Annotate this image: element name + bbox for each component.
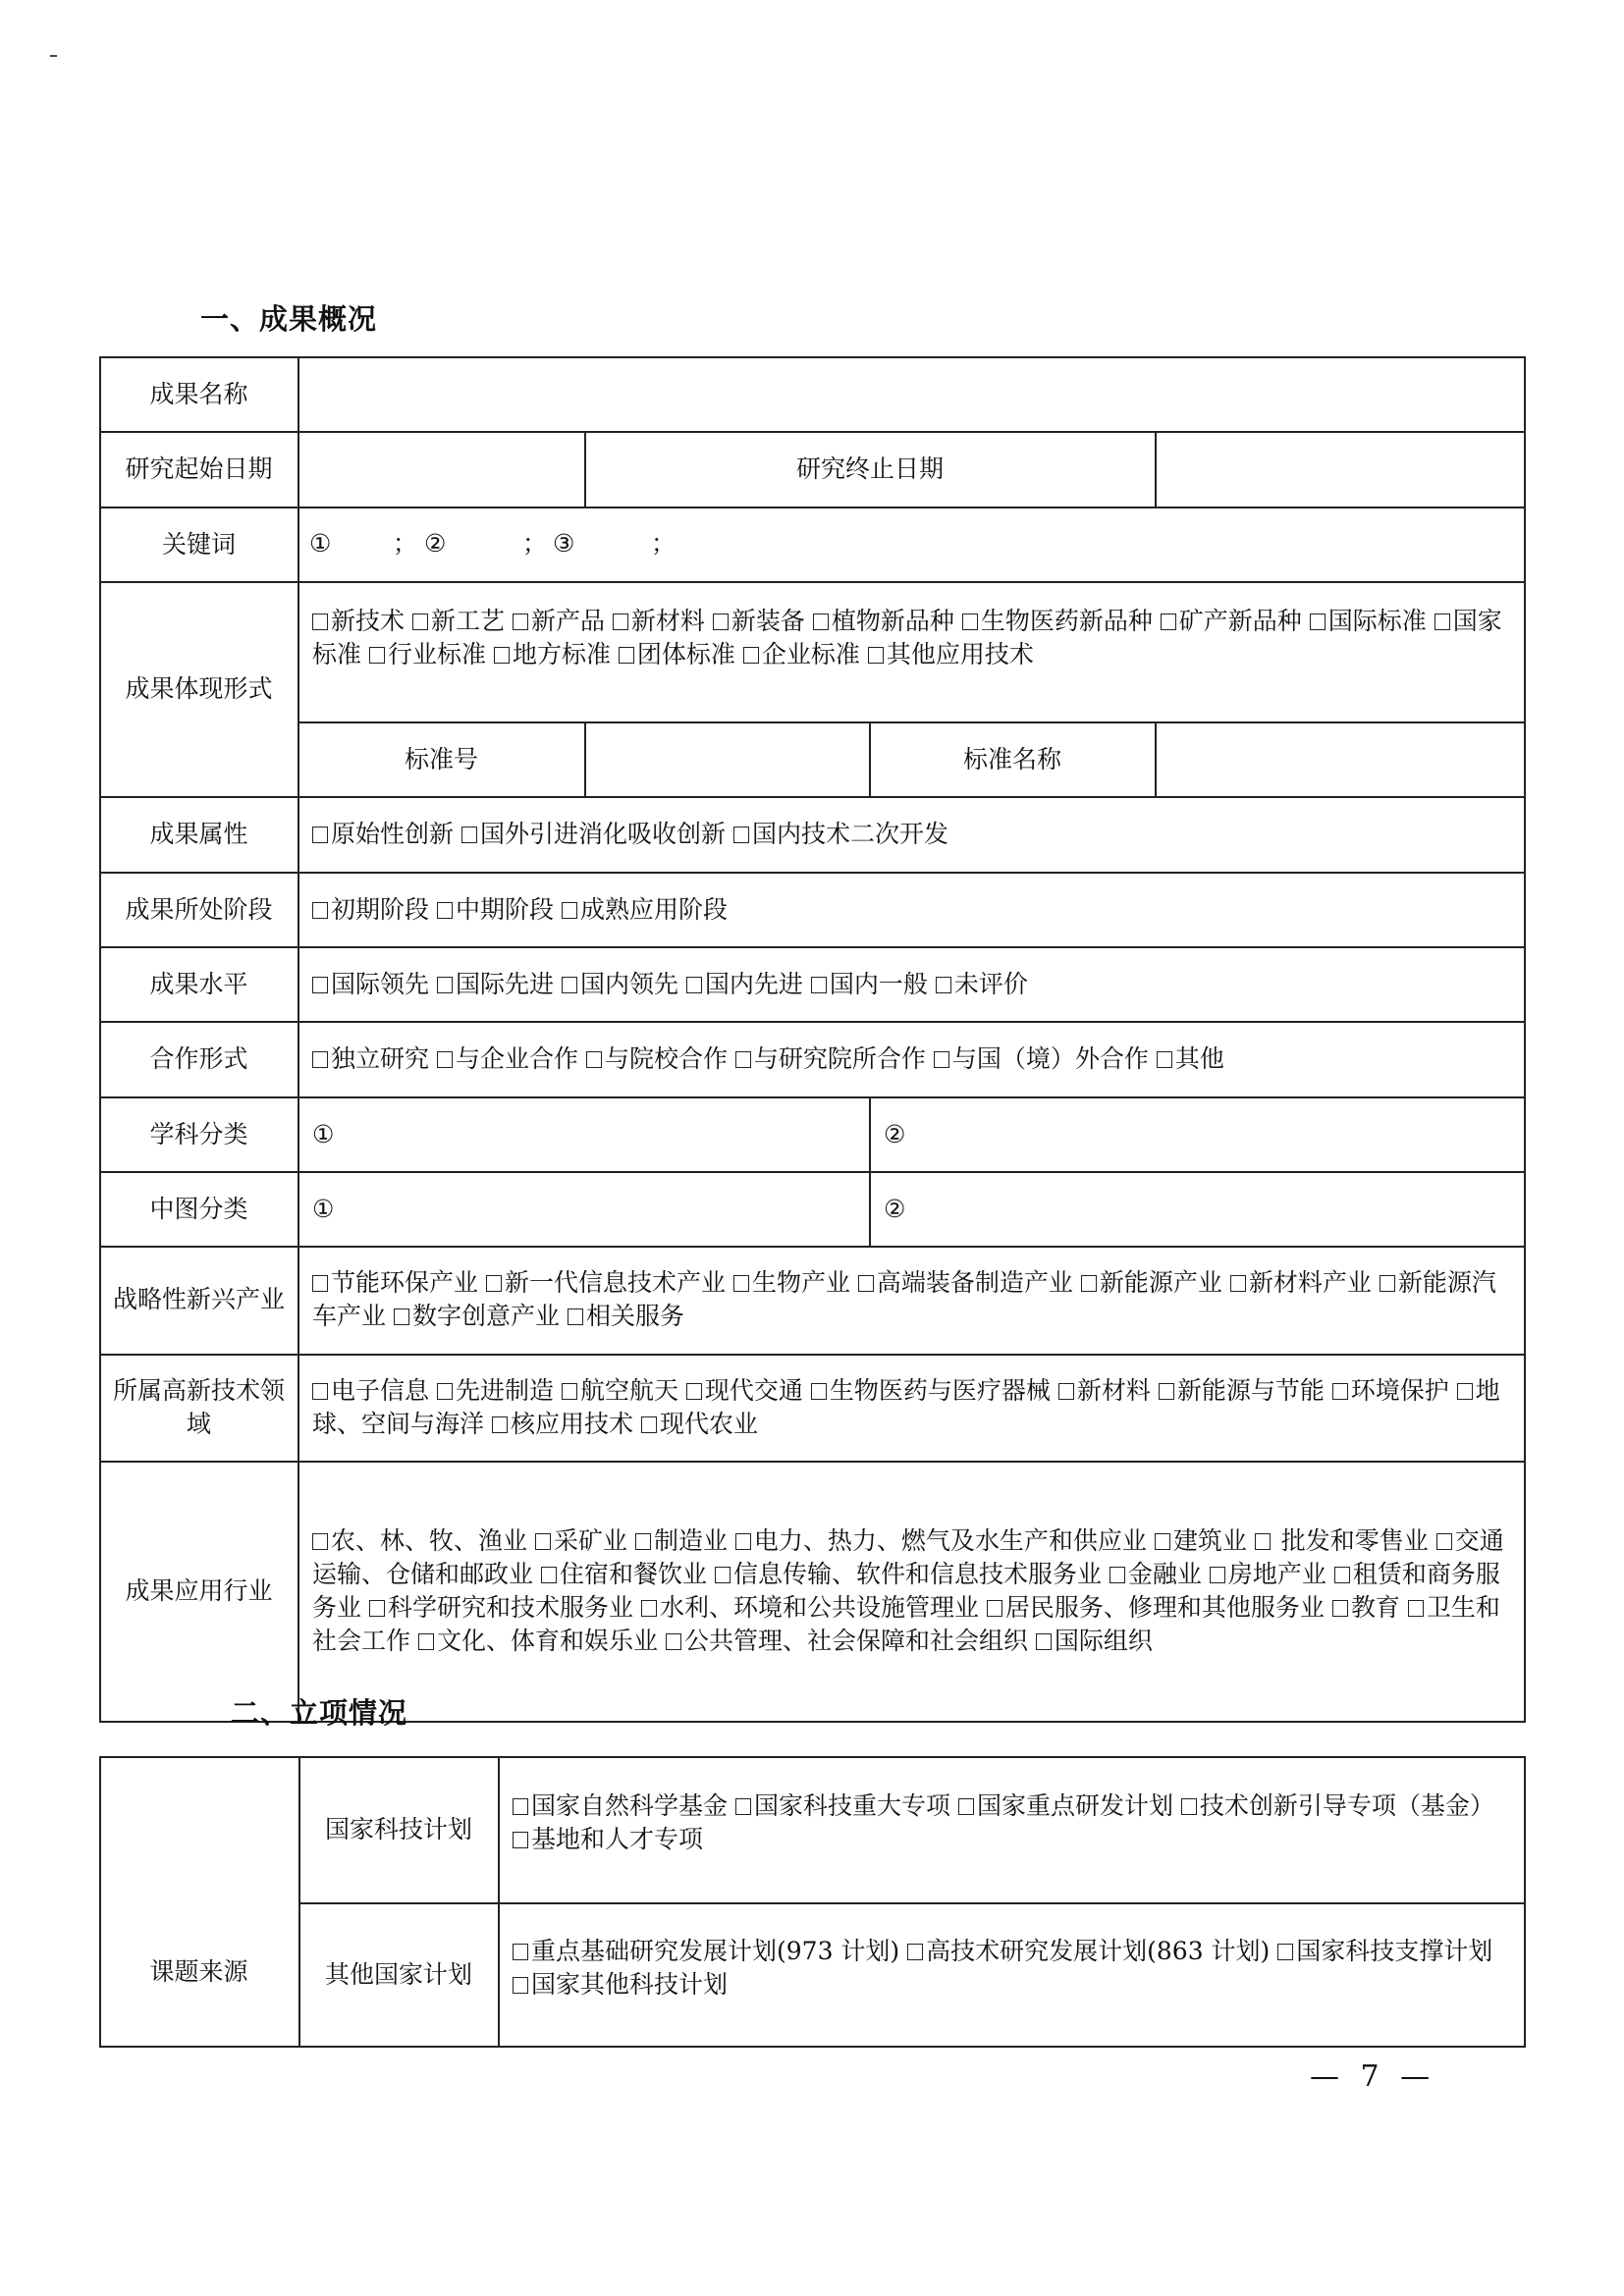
checkbox-option[interactable]: 环境保护 xyxy=(1332,1376,1449,1405)
checkbox-label: 中期阶段 xyxy=(456,895,554,924)
checkbox-icon[interactable] xyxy=(312,902,328,919)
checkbox-icon[interactable] xyxy=(437,1051,453,1068)
checkbox-option[interactable]: 相关服务 xyxy=(568,1302,684,1330)
label-clc: 中图分类 xyxy=(99,1171,298,1247)
checkbox-option[interactable]: 航空航天 xyxy=(562,1376,678,1405)
checkbox-icon[interactable] xyxy=(934,1051,949,1068)
checkbox-option[interactable]: 先进制造 xyxy=(437,1376,554,1405)
checkbox-icon[interactable] xyxy=(437,977,453,993)
label-achievement-name: 成果名称 xyxy=(99,356,298,432)
checkbox-option[interactable]: 新装备 xyxy=(713,607,805,635)
checkbox-option[interactable]: 原始性创新 xyxy=(312,820,454,848)
checkbox-label: 新工艺 xyxy=(431,607,505,635)
checkbox-option[interactable]: 文化、体育和娱乐业 xyxy=(418,1627,658,1655)
checkbox-label: 电力、热力、燃气及水生产和供应业 xyxy=(754,1526,1147,1555)
keyword-3-marker: ③ xyxy=(553,527,574,561)
checkbox-option[interactable]: 未评价 xyxy=(936,970,1028,998)
checkbox-option[interactable]: 金融业 xyxy=(1110,1560,1202,1588)
checkbox-option[interactable]: 信息传输、软件和信息技术服务业 xyxy=(715,1560,1102,1588)
checkbox-option[interactable]: 新材料产业 xyxy=(1230,1268,1372,1297)
checkbox-label: 金融业 xyxy=(1128,1560,1202,1588)
checkbox-label: 与国（境）外合作 xyxy=(952,1044,1149,1073)
checkbox-option[interactable]: 国内一般 xyxy=(811,970,928,998)
checkbox-label: 国内领先 xyxy=(580,970,678,998)
checkbox-icon[interactable] xyxy=(1230,1275,1246,1292)
checkbox-option[interactable]: 国际领先 xyxy=(312,970,429,998)
checkbox-icon[interactable] xyxy=(513,614,528,630)
checkbox-icon[interactable] xyxy=(635,1533,651,1550)
checkbox-label: 教育 xyxy=(1351,1593,1400,1622)
checkbox-icon[interactable] xyxy=(461,827,477,843)
checkbox-label: 高端装备制造产业 xyxy=(877,1268,1073,1297)
checkbox-option[interactable]: 新能源与节能 xyxy=(1159,1376,1325,1405)
checkbox-icon[interactable] xyxy=(494,647,510,664)
checkbox-label: 生物医药新品种 xyxy=(981,607,1153,635)
label-attribute: 成果属性 xyxy=(99,796,298,872)
checkbox-option[interactable]: 国家自然科学基金 xyxy=(513,1791,728,1820)
checkbox-option[interactable]: 新材料 xyxy=(613,607,705,635)
checkbox-label: 原始性创新 xyxy=(331,820,454,848)
checkbox-icon[interactable] xyxy=(513,1832,528,1848)
checkbox-label: 团体标准 xyxy=(637,640,735,668)
keyword-separator: ； xyxy=(393,527,417,561)
checkbox-icon[interactable] xyxy=(369,1600,385,1617)
checkbox-icon[interactable] xyxy=(813,614,829,630)
stage-options: 初期阶段 中期阶段 成熟应用阶段 xyxy=(298,872,1526,947)
checkbox-label: 相关服务 xyxy=(586,1302,684,1330)
label-application-industry: 成果应用行业 xyxy=(99,1461,298,1722)
checkbox-label: 水利、环境和公共设施管理业 xyxy=(660,1593,979,1622)
checkbox-icon[interactable] xyxy=(868,647,884,664)
checkbox-option[interactable]: 基地和人才专项 xyxy=(513,1825,703,1853)
label-stage: 成果所处阶段 xyxy=(99,872,298,947)
discipline-field-1[interactable]: ① xyxy=(298,1096,869,1172)
checkbox-icon[interactable] xyxy=(1310,614,1326,630)
checkbox-option[interactable]: 电子信息 xyxy=(312,1376,429,1405)
clc-field-2[interactable]: ② xyxy=(870,1171,1526,1247)
checkbox-option[interactable]: 教育 xyxy=(1332,1593,1400,1622)
checkbox-option[interactable]: 国内先进 xyxy=(686,970,803,998)
checkbox-label: 与企业合作 xyxy=(456,1044,578,1073)
checkbox-icon[interactable] xyxy=(907,1944,923,1960)
label-hightech-field: 所属高新技术领域 xyxy=(99,1354,298,1462)
standard-number-field[interactable] xyxy=(585,721,869,797)
checkbox-label: 公共管理、社会保障和社会组织 xyxy=(684,1627,1028,1655)
checkbox-label: 国家重点研发计划 xyxy=(977,1791,1173,1820)
checkbox-icon[interactable] xyxy=(641,1600,657,1617)
checkbox-icon[interactable] xyxy=(486,1275,502,1292)
checkbox-label: 新能源产业 xyxy=(1100,1268,1222,1297)
checkbox-label: 房地产业 xyxy=(1228,1560,1326,1588)
section-heading-overview: 一、成果概况 xyxy=(200,297,377,338)
checkbox-label: 核应用技术 xyxy=(511,1410,633,1438)
checkbox-icon[interactable] xyxy=(535,1533,551,1550)
corner-mark xyxy=(50,55,57,57)
cooperation-options: 独立研究 与企业合作 与院校合作 与研究院所合作 与国（境）外合作 其他 xyxy=(298,1021,1526,1096)
checkbox-option[interactable]: 农、林、牧、渔业 xyxy=(312,1526,527,1555)
checkbox-icon[interactable] xyxy=(733,1275,749,1292)
checkbox-label: 数字创意产业 xyxy=(412,1302,560,1330)
checkbox-icon[interactable] xyxy=(1332,1600,1348,1617)
checkbox-option[interactable]: 其他应用技术 xyxy=(868,640,1034,668)
keyword-3-field[interactable] xyxy=(582,527,651,561)
checkbox-label: 采矿业 xyxy=(554,1526,627,1555)
checkbox-option[interactable]: 国际先进 xyxy=(437,970,554,998)
checkbox-icon[interactable] xyxy=(1380,1275,1395,1292)
checkbox-label: 生物医药与医疗器械 xyxy=(830,1376,1051,1405)
checkbox-icon[interactable] xyxy=(713,614,729,630)
checkbox-option[interactable]: 国内技术二次开发 xyxy=(733,820,948,848)
checkbox-option[interactable]: 团体标准 xyxy=(619,640,735,668)
checkbox-icon[interactable] xyxy=(858,1275,874,1292)
checkbox-label: 科学研究和技术服务业 xyxy=(388,1593,633,1622)
checkbox-option[interactable]: 现代交通 xyxy=(686,1376,803,1405)
checkbox-label: 新一代信息技术产业 xyxy=(505,1268,726,1297)
checkbox-icon[interactable] xyxy=(312,1275,328,1292)
checkbox-label: 现代农业 xyxy=(660,1410,758,1438)
checkbox-icon[interactable] xyxy=(312,827,328,843)
page-number: — 7 — xyxy=(1310,2059,1435,2094)
checkbox-option[interactable]: 与企业合作 xyxy=(437,1044,578,1073)
checkbox-label: 国家其他科技计划 xyxy=(531,1970,728,1999)
keyword-1-field[interactable] xyxy=(339,527,398,561)
checkbox-icon[interactable] xyxy=(1036,1633,1052,1650)
checkbox-icon[interactable] xyxy=(715,1567,731,1583)
checkbox-option[interactable]: 生物医药与医疗器械 xyxy=(811,1376,1051,1405)
checkbox-option[interactable]: 新能源产业 xyxy=(1081,1268,1222,1297)
checkbox-option[interactable]: 生物产业 xyxy=(733,1268,850,1297)
checkbox-option[interactable]: 电力、热力、燃气及水生产和供应业 xyxy=(735,1526,1147,1555)
checkbox-option[interactable]: 高端装备制造产业 xyxy=(858,1268,1073,1297)
checkbox-label: 信息传输、软件和信息技术服务业 xyxy=(733,1560,1102,1588)
checkbox-option[interactable]: 现代农业 xyxy=(641,1410,758,1438)
checkbox-label: 国内一般 xyxy=(830,970,928,998)
checkbox-label: 新材料产业 xyxy=(1249,1268,1372,1297)
checkbox-option[interactable]: 建筑业 xyxy=(1155,1526,1247,1555)
checkbox-icon[interactable] xyxy=(312,614,328,630)
checkbox-label: 制造业 xyxy=(654,1526,728,1555)
checkbox-icon[interactable] xyxy=(492,1416,508,1433)
checkbox-label: 基地和人才专项 xyxy=(531,1825,703,1853)
checkbox-option[interactable]: 新产品 xyxy=(513,607,605,635)
checkbox-label: 国家自然科学基金 xyxy=(531,1791,728,1820)
checkbox-option[interactable]: 重点基础研究发展计划(973 计划) xyxy=(513,1937,899,1965)
checkbox-icon[interactable] xyxy=(962,614,978,630)
checkbox-icon[interactable] xyxy=(1110,1567,1125,1583)
keyword-1-marker: ① xyxy=(309,527,331,561)
checkbox-option[interactable]: 高技术研究发展计划(863 计划) xyxy=(907,1937,1270,1965)
start-date-field[interactable] xyxy=(298,431,584,507)
end-date-field[interactable] xyxy=(1156,431,1526,507)
keyword-separator: ； xyxy=(651,527,676,561)
checkbox-icon[interactable] xyxy=(562,902,577,919)
checkbox-label: 技术创新引导专项（基金） xyxy=(1200,1791,1494,1820)
keyword-2-field[interactable] xyxy=(454,527,522,561)
checkbox-option[interactable]: 与研究院所合作 xyxy=(735,1044,926,1073)
checkbox-label: 国际标准 xyxy=(1328,607,1427,635)
checkbox-label: 航空航天 xyxy=(580,1376,678,1405)
checkbox-icon[interactable] xyxy=(1210,1567,1225,1583)
checkbox-label: 节能环保产业 xyxy=(331,1268,478,1297)
keyword-separator: ； xyxy=(522,527,547,561)
checkbox-icon[interactable] xyxy=(735,1798,751,1815)
checkbox-option[interactable]: 批发和零售业 xyxy=(1255,1526,1429,1555)
checkbox-label: 与研究院所合作 xyxy=(754,1044,926,1073)
checkbox-icon[interactable] xyxy=(987,1600,1002,1617)
checkbox-option[interactable]: 新工艺 xyxy=(412,607,505,635)
checkbox-icon[interactable] xyxy=(437,902,453,919)
checkbox-icon[interactable] xyxy=(1058,1383,1074,1400)
checkbox-label: 居民服务、修理和其他服务业 xyxy=(1005,1593,1325,1622)
discipline-field-2[interactable]: ② xyxy=(870,1096,1526,1172)
checkbox-label: 住宿和餐饮业 xyxy=(560,1560,707,1588)
checkbox-option[interactable]: 独立研究 xyxy=(312,1044,429,1073)
label-project-source: 课题来源 xyxy=(99,1934,298,2009)
checkbox-option[interactable]: 行业标准 xyxy=(369,640,486,668)
checkbox-label: 国内技术二次开发 xyxy=(752,820,948,848)
checkbox-option[interactable]: 生物医药新品种 xyxy=(962,607,1153,635)
checkbox-icon[interactable] xyxy=(394,1308,409,1325)
label-national-plan: 国家科技计划 xyxy=(299,1756,498,1902)
checkbox-label: 国家科技重大专项 xyxy=(754,1791,950,1820)
achievement-name-field[interactable] xyxy=(298,356,1526,432)
checkbox-label: 农、林、牧、渔业 xyxy=(331,1526,527,1555)
checkbox-option[interactable]: 住宿和餐饮业 xyxy=(541,1560,707,1588)
label-start-date: 研究起始日期 xyxy=(99,431,298,507)
checkbox-label: 成熟应用阶段 xyxy=(580,895,728,924)
attribute-options: 原始性创新 国外引进消化吸收创新 国内技术二次开发 xyxy=(298,796,1526,872)
checkbox-label: 国际组织 xyxy=(1055,1627,1153,1655)
label-level: 成果水平 xyxy=(99,946,298,1022)
checkbox-option[interactable]: 国际组织 xyxy=(1036,1627,1153,1655)
checkbox-option[interactable]: 新一代信息技术产业 xyxy=(486,1268,726,1297)
checkbox-label: 生物产业 xyxy=(752,1268,850,1297)
checkbox-label: 建筑业 xyxy=(1173,1526,1247,1555)
checkbox-label: 文化、体育和娱乐业 xyxy=(437,1627,658,1655)
checkbox-label: 新装备 xyxy=(731,607,805,635)
checkbox-label: 环境保护 xyxy=(1351,1376,1449,1405)
standard-name-field[interactable] xyxy=(1156,721,1526,797)
checkbox-icon[interactable] xyxy=(735,1533,751,1550)
checkbox-label: 其他应用技术 xyxy=(887,640,1034,668)
checkbox-option[interactable]: 地方标准 xyxy=(494,640,611,668)
checkbox-icon[interactable] xyxy=(312,1383,328,1400)
checkbox-option[interactable]: 其他 xyxy=(1157,1044,1224,1073)
checkbox-option[interactable]: 国家科技支撑计划 xyxy=(1277,1937,1492,1965)
checkbox-icon[interactable] xyxy=(613,614,628,630)
national-plan-options: 国家自然科学基金 国家科技重大专项 国家重点研发计划 技术创新引导专项（基金） … xyxy=(499,1756,1526,1902)
clc-field-1[interactable]: ① xyxy=(298,1171,869,1247)
checkbox-icon[interactable] xyxy=(1155,1533,1170,1550)
checkbox-option[interactable]: 科学研究和技术服务业 xyxy=(369,1593,633,1622)
section-heading-project: 二、立项情况 xyxy=(231,1691,407,1732)
checkbox-icon[interactable] xyxy=(619,647,634,664)
checkbox-icon[interactable] xyxy=(312,1051,328,1068)
checkbox-icon[interactable] xyxy=(686,1383,702,1400)
checkbox-option[interactable]: 国家其他科技计划 xyxy=(513,1970,728,1999)
keyword-2-marker: ② xyxy=(424,527,446,561)
checkbox-option[interactable]: 核应用技术 xyxy=(492,1410,633,1438)
checkbox-option[interactable]: 居民服务、修理和其他服务业 xyxy=(987,1593,1325,1622)
checkbox-label: 国内先进 xyxy=(705,970,803,998)
checkbox-option[interactable]: 植物新品种 xyxy=(813,607,954,635)
checkbox-option[interactable]: 节能环保产业 xyxy=(312,1268,478,1297)
checkbox-label: 新能源与节能 xyxy=(1177,1376,1325,1405)
checkbox-label: 新技术 xyxy=(331,607,405,635)
checkbox-option[interactable]: 技术创新引导专项（基金） xyxy=(1181,1791,1494,1820)
checkbox-option[interactable]: 新技术 xyxy=(312,607,405,635)
checkbox-icon[interactable] xyxy=(1277,1944,1293,1960)
checkbox-label: 初期阶段 xyxy=(331,895,429,924)
checkbox-icon[interactable] xyxy=(562,1383,577,1400)
checkbox-option[interactable]: 制造业 xyxy=(635,1526,728,1555)
checkbox-label: 行业标准 xyxy=(388,640,486,668)
checkbox-option[interactable]: 水利、环境和公共设施管理业 xyxy=(641,1593,979,1622)
checkbox-option[interactable]: 矿产新品种 xyxy=(1161,607,1302,635)
strategic-industry-options: 节能环保产业 新一代信息技术产业 生物产业 高端装备制造产业 新能源产业 新材料… xyxy=(298,1246,1526,1354)
checkbox-label: 国家科技支撑计划 xyxy=(1296,1937,1492,1965)
checkbox-label: 其他 xyxy=(1175,1044,1224,1073)
checkbox-icon[interactable] xyxy=(1408,1600,1424,1617)
checkbox-option[interactable]: 初期阶段 xyxy=(312,895,429,924)
level-options: 国际领先 国际先进 国内领先 国内先进 国内一般 未评价 xyxy=(298,946,1526,1022)
checkbox-label: 新材料 xyxy=(1077,1376,1151,1405)
checkbox-icon[interactable] xyxy=(1181,1798,1197,1815)
checkbox-icon[interactable] xyxy=(1436,1533,1452,1550)
checkbox-icon[interactable] xyxy=(743,647,759,664)
label-other-national-plan: 其他国家计划 xyxy=(299,1902,498,2048)
checkbox-option[interactable]: 数字创意产业 xyxy=(394,1302,560,1330)
checkbox-option[interactable]: 国家重点研发计划 xyxy=(958,1791,1173,1820)
checkbox-icon[interactable] xyxy=(541,1567,557,1583)
checkbox-icon[interactable] xyxy=(1161,614,1176,630)
checkbox-option[interactable]: 与国（境）外合作 xyxy=(934,1044,1149,1073)
hightech-field-options: 电子信息 先进制造 航空航天 现代交通 生物医药与医疗器械 新材料 新能源与节能… xyxy=(298,1354,1526,1462)
checkbox-icon[interactable] xyxy=(1334,1567,1350,1583)
checkbox-label: 国际先进 xyxy=(456,970,554,998)
checkbox-label: 企业标准 xyxy=(762,640,860,668)
checkbox-option[interactable]: 企业标准 xyxy=(743,640,860,668)
checkbox-option[interactable]: 采矿业 xyxy=(535,1526,627,1555)
checkbox-icon[interactable] xyxy=(1435,614,1450,630)
checkbox-icon[interactable] xyxy=(666,1633,681,1650)
checkbox-label: 批发和零售业 xyxy=(1273,1526,1429,1555)
checkbox-label: 新材料 xyxy=(631,607,705,635)
label-standard-number: 标准号 xyxy=(298,721,584,797)
label-achievement-form: 成果体现形式 xyxy=(99,581,298,797)
other-national-plan-options: 重点基础研究发展计划(973 计划) 高技术研究发展计划(863 计划) 国家科… xyxy=(499,1902,1526,2048)
checkbox-label: 高技术研究发展计划(863 计划) xyxy=(926,1937,1270,1965)
checkbox-option[interactable]: 国内领先 xyxy=(562,970,678,998)
checkbox-icon[interactable] xyxy=(418,1633,434,1650)
checkbox-icon[interactable] xyxy=(733,827,749,843)
checkbox-icon[interactable] xyxy=(437,1383,453,1400)
checkbox-label: 国际领先 xyxy=(331,970,429,998)
checkbox-option[interactable]: 国际标准 xyxy=(1310,607,1427,635)
checkbox-icon[interactable] xyxy=(562,977,577,993)
checkbox-icon[interactable] xyxy=(513,1977,528,1994)
checkbox-option[interactable]: 国外引进消化吸收创新 xyxy=(461,820,726,848)
checkbox-label: 独立研究 xyxy=(331,1044,429,1073)
checkbox-icon[interactable] xyxy=(586,1051,602,1068)
checkbox-icon[interactable] xyxy=(312,1533,328,1550)
checkbox-icon[interactable] xyxy=(936,977,951,993)
checkbox-icon[interactable] xyxy=(412,614,428,630)
checkbox-label: 植物新品种 xyxy=(832,607,954,635)
checkbox-icon[interactable] xyxy=(312,977,328,993)
checkbox-icon[interactable] xyxy=(369,647,385,664)
checkbox-icon[interactable] xyxy=(1255,1533,1271,1550)
checkbox-icon[interactable] xyxy=(811,977,827,993)
checkbox-option[interactable]: 公共管理、社会保障和社会组织 xyxy=(666,1627,1028,1655)
checkbox-icon[interactable] xyxy=(641,1416,657,1433)
checkbox-icon[interactable] xyxy=(686,977,702,993)
label-end-date: 研究终止日期 xyxy=(585,431,1155,507)
checkbox-icon[interactable] xyxy=(1332,1383,1348,1400)
label-cooperation: 合作形式 xyxy=(99,1021,298,1096)
label-keywords: 关键词 xyxy=(99,507,298,582)
checkbox-label: 地方标准 xyxy=(513,640,611,668)
checkbox-option[interactable]: 成熟应用阶段 xyxy=(562,895,728,924)
checkbox-label: 先进制造 xyxy=(456,1376,554,1405)
checkbox-icon[interactable] xyxy=(958,1798,974,1815)
checkbox-label: 与院校合作 xyxy=(605,1044,728,1073)
checkbox-icon[interactable] xyxy=(1081,1275,1097,1292)
label-discipline: 学科分类 xyxy=(99,1096,298,1172)
checkbox-icon[interactable] xyxy=(735,1051,751,1068)
checkbox-icon[interactable] xyxy=(1457,1383,1473,1400)
label-strategic-industry: 战略性新兴产业 xyxy=(99,1246,298,1354)
checkbox-icon[interactable] xyxy=(1157,1051,1172,1068)
checkbox-label: 重点基础研究发展计划(973 计划) xyxy=(531,1937,899,1965)
checkbox-icon[interactable] xyxy=(568,1308,583,1325)
label-standard-name: 标准名称 xyxy=(870,721,1155,797)
checkbox-label: 电子信息 xyxy=(331,1376,429,1405)
application-industry-options: 农、林、牧、渔业 采矿业 制造业 电力、热力、燃气及水生产和供应业 建筑业 批发… xyxy=(298,1461,1526,1722)
checkbox-label: 矿产新品种 xyxy=(1179,607,1302,635)
checkbox-icon[interactable] xyxy=(1159,1383,1174,1400)
checkbox-icon[interactable] xyxy=(811,1383,827,1400)
checkbox-label: 国外引进消化吸收创新 xyxy=(480,820,726,848)
checkbox-label: 新产品 xyxy=(531,607,605,635)
checkbox-option[interactable]: 国家科技重大专项 xyxy=(735,1791,950,1820)
checkbox-icon[interactable] xyxy=(513,1798,528,1815)
checkbox-icon[interactable] xyxy=(513,1944,528,1960)
checkbox-option[interactable]: 房地产业 xyxy=(1210,1560,1326,1588)
checkbox-label: 现代交通 xyxy=(705,1376,803,1405)
achievement-form-options: 新技术 新工艺 新产品 新材料 新装备 植物新品种 生物医药新品种 矿产新品种 … xyxy=(298,581,1526,722)
checkbox-option[interactable]: 与院校合作 xyxy=(586,1044,728,1073)
checkbox-label: 未评价 xyxy=(954,970,1028,998)
checkbox-option[interactable]: 新材料 xyxy=(1058,1376,1151,1405)
checkbox-option[interactable]: 中期阶段 xyxy=(437,895,554,924)
